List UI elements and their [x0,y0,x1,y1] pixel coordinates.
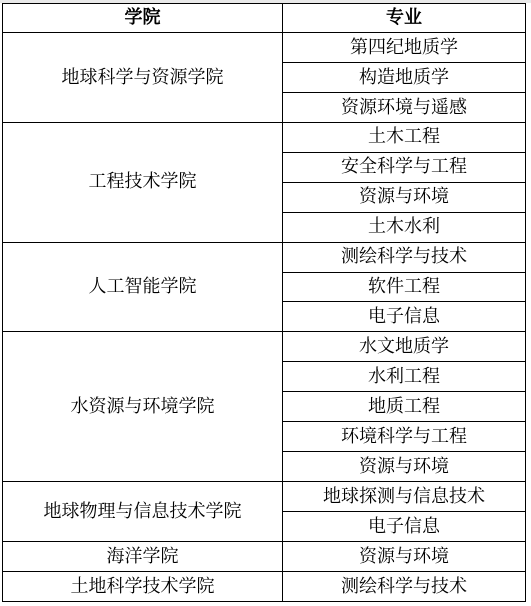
header-major: 专业 [283,4,526,33]
table-row: 地球科学与资源学院第四纪地质学 [3,33,526,63]
table-row: 地球物理与信息技术学院地球探测与信息技术 [3,482,526,512]
major-cell: 安全科学与工程 [283,152,526,182]
table-row: 土地科学技术学院测绘科学与技术 [3,571,526,601]
major-cell: 环境科学与工程 [283,422,526,452]
major-cell: 电子信息 [283,512,526,542]
major-cell: 电子信息 [283,302,526,332]
table-row: 人工智能学院测绘科学与技术 [3,242,526,272]
college-cell: 人工智能学院 [3,242,283,332]
table-row: 水资源与环境学院水文地质学 [3,332,526,362]
table-row: 海洋学院资源与环境 [3,541,526,571]
major-cell: 构造地质学 [283,62,526,92]
major-cell: 土木工程 [283,122,526,152]
major-cell: 地球探测与信息技术 [283,482,526,512]
major-cell: 土木水利 [283,212,526,242]
major-cell: 软件工程 [283,272,526,302]
major-cell: 水文地质学 [283,332,526,362]
college-cell: 海洋学院 [3,541,283,571]
major-cell: 资源与环境 [283,182,526,212]
table-header-row: 学院 专业 [3,4,526,33]
table-row: 工程技术学院土木工程 [3,122,526,152]
header-college: 学院 [3,4,283,33]
major-cell: 测绘科学与技术 [283,571,526,601]
major-cell: 水利工程 [283,362,526,392]
college-cell: 地球科学与资源学院 [3,33,283,123]
major-cell: 地质工程 [283,392,526,422]
college-cell: 地球物理与信息技术学院 [3,482,283,542]
major-cell: 资源与环境 [283,541,526,571]
college-cell: 工程技术学院 [3,122,283,242]
college-major-table: 学院 专业 地球科学与资源学院第四纪地质学构造地质学资源环境与遥感工程技术学院土… [2,3,526,602]
major-cell: 资源环境与遥感 [283,92,526,122]
major-cell: 资源与环境 [283,452,526,482]
major-cell: 测绘科学与技术 [283,242,526,272]
major-cell: 第四纪地质学 [283,33,526,63]
table-body: 地球科学与资源学院第四纪地质学构造地质学资源环境与遥感工程技术学院土木工程安全科… [3,33,526,602]
college-cell: 水资源与环境学院 [3,332,283,482]
college-cell: 土地科学技术学院 [3,571,283,601]
